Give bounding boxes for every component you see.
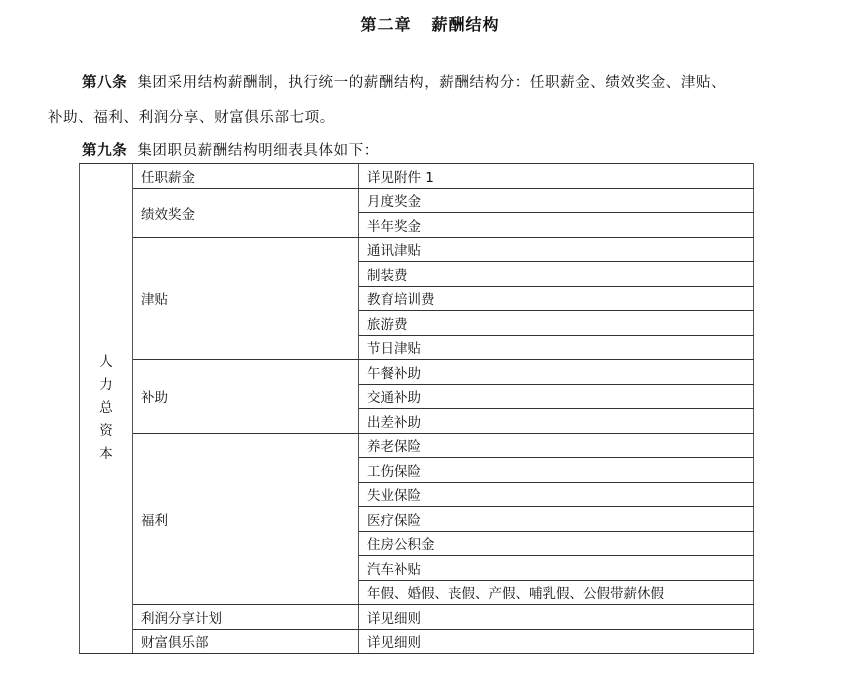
article-8-line2: 补助、福利、利润分享、财富俱乐部七项。: [48, 108, 335, 128]
item-cell: 工伤保险: [359, 458, 754, 483]
chapter-number: 第二章: [360, 15, 411, 34]
root-category-char: 总: [80, 397, 132, 420]
root-category-char: 人: [80, 351, 132, 374]
item-cell: 通讯津贴: [359, 237, 754, 262]
chapter-title: 第二章薪酬结构: [0, 12, 860, 35]
item-cell: 失业保险: [359, 482, 754, 507]
item-cell: 教育培训费: [359, 286, 754, 311]
root-category-char: 资: [80, 420, 132, 443]
item-cell: 午餐补助: [359, 360, 754, 385]
category-cell: 财富俱乐部: [133, 629, 359, 654]
article-9-label: 第九条: [82, 143, 127, 159]
root-category-char: 力: [80, 374, 132, 397]
root-category-char: 本: [80, 443, 132, 466]
item-cell: 节日津贴: [359, 335, 754, 360]
article-9-text: 集团职员薪酬结构明细表具体如下：: [137, 143, 379, 159]
article-8-line1: 第八条集团采用结构薪酬制，执行统一的薪酬结构，薪酬结构分：任职薪金、绩效奖金、津…: [82, 73, 726, 93]
category-cell: 利润分享计划: [133, 605, 359, 630]
item-cell: 详见附件 1: [359, 164, 754, 189]
table-row: 利润分享计划详见细则: [80, 605, 754, 630]
item-cell: 年假、婚假、丧假、产假、哺乳假、公假带薪休假: [359, 580, 754, 605]
root-category-cell: 人力总资本: [80, 164, 133, 654]
item-cell: 出差补助: [359, 409, 754, 434]
article-9: 第九条集团职员薪酬结构明细表具体如下：: [82, 141, 379, 161]
table-row: 人力总资本任职薪金详见附件 1: [80, 164, 754, 189]
item-cell: 养老保险: [359, 433, 754, 458]
article-8-label: 第八条: [82, 75, 127, 91]
table-row: 福利养老保险: [80, 433, 754, 458]
item-cell: 医疗保险: [359, 507, 754, 532]
item-cell: 汽车补贴: [359, 556, 754, 581]
category-cell: 补助: [133, 360, 359, 434]
table-row: 绩效奖金月度奖金: [80, 188, 754, 213]
article-8-text: 集团采用结构薪酬制，执行统一的薪酬结构，薪酬结构分：任职薪金、绩效奖金、津贴、: [137, 75, 726, 91]
item-cell: 详见细则: [359, 629, 754, 654]
item-cell: 详见细则: [359, 605, 754, 630]
table-row: 津贴通讯津贴: [80, 237, 754, 262]
item-cell: 月度奖金: [359, 188, 754, 213]
category-cell: 福利: [133, 433, 359, 605]
category-cell: 绩效奖金: [133, 188, 359, 237]
item-cell: 住房公积金: [359, 531, 754, 556]
category-cell: 任职薪金: [133, 164, 359, 189]
item-cell: 交通补助: [359, 384, 754, 409]
item-cell: 半年奖金: [359, 213, 754, 238]
item-cell: 旅游费: [359, 311, 754, 336]
table-row: 财富俱乐部详见细则: [80, 629, 754, 654]
item-cell: 制装费: [359, 262, 754, 287]
table-row: 补助午餐补助: [80, 360, 754, 385]
category-cell: 津贴: [133, 237, 359, 360]
salary-structure-table: 人力总资本任职薪金详见附件 1绩效奖金月度奖金半年奖金津贴通讯津贴制装费教育培训…: [79, 163, 754, 654]
chapter-name: 薪酬结构: [432, 15, 500, 34]
